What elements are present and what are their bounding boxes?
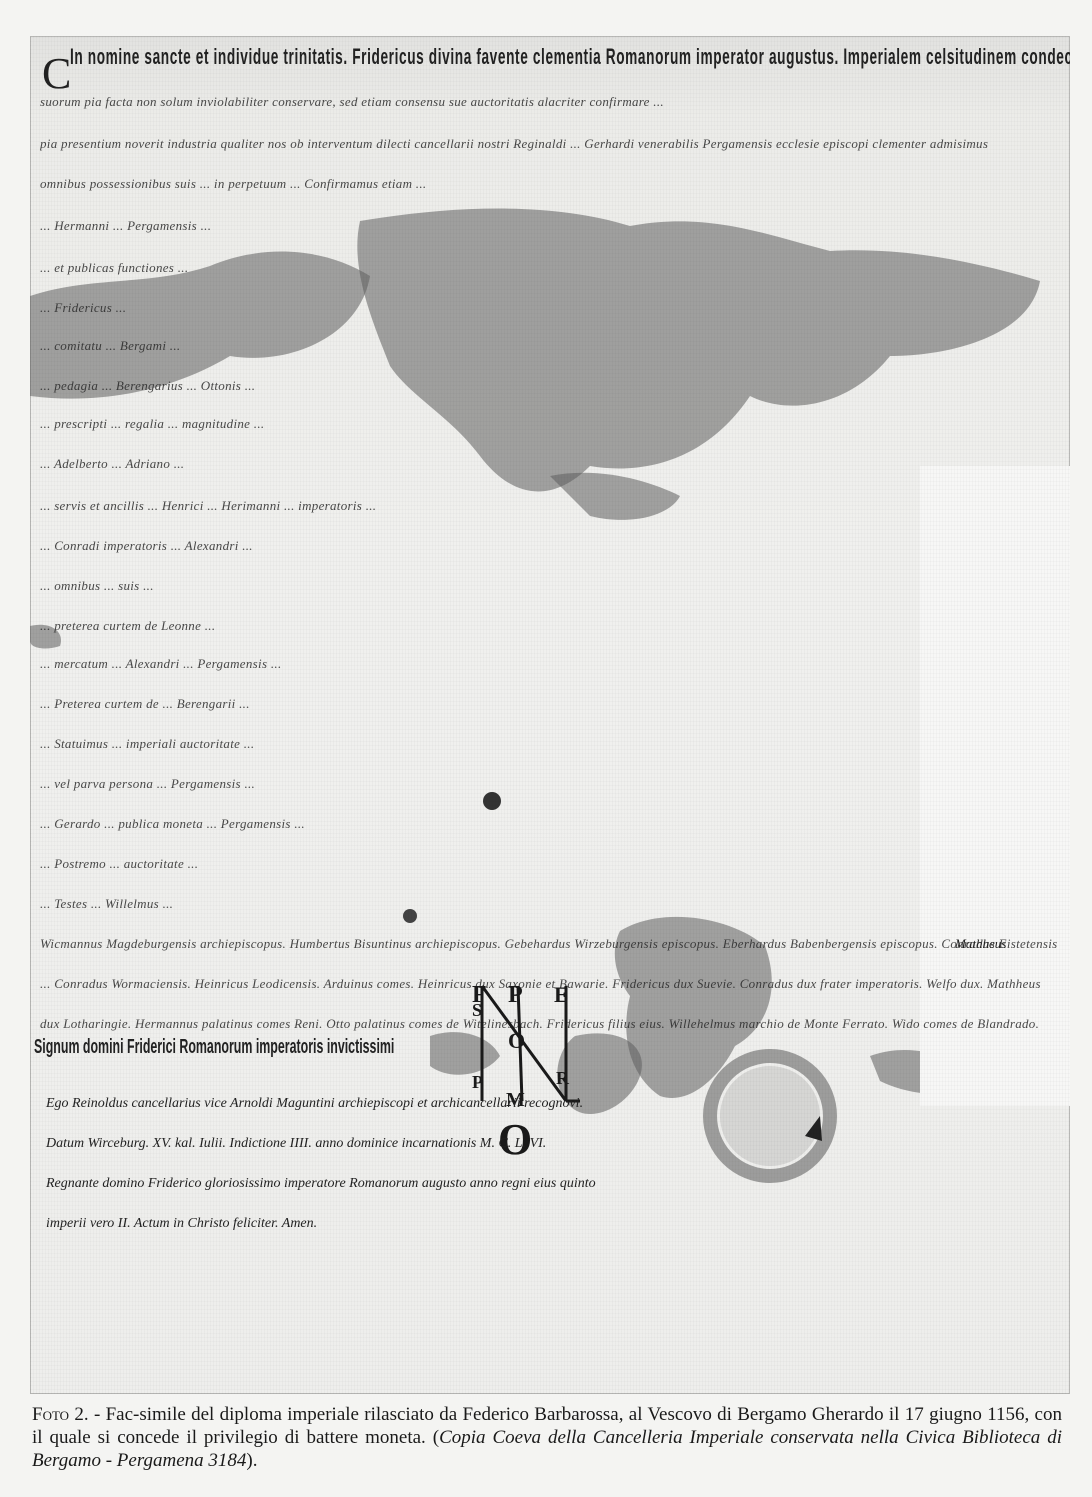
text-line: ... et publicas functiones ... [40, 260, 1060, 286]
text-line: ... prescripti ... regalia ... magnitudi… [40, 416, 1060, 442]
text-line: ... Hermanni ... Pergamensis ... [40, 218, 1060, 244]
text-line: ... omnibus ... suis ... [40, 578, 1060, 604]
text-line: ... Conradi imperatoris ... Alexandri ..… [40, 538, 1060, 564]
text-line: pia presentium noverit industria qualite… [40, 136, 1060, 162]
text-line: ... comitatu ... Bergami ... [40, 338, 1060, 364]
svg-text:O: O [508, 1028, 525, 1053]
imperial-signature-heading: Signum domini Friderici Romanorum impera… [34, 1036, 245, 1076]
text-line: ... servis et ancillis ... Henrici ... H… [40, 498, 1060, 524]
figure-caption: Foto 2. - Fac-simile del diploma imperia… [32, 1403, 1062, 1472]
initial-letter: C [42, 48, 71, 99]
svg-text:P: P [508, 982, 523, 1008]
actum-clause: imperii vero II. Actum in Christo felici… [46, 1216, 317, 1232]
text-line: ... Testes ... Willelmus ... [40, 896, 1060, 922]
text-line: ... Preterea curtem de ... Berengarii ..… [40, 696, 1060, 722]
text-line: ... Adelberto ... Adriano ... [40, 456, 1060, 482]
text-line: ... mercatum ... Alexandri ... Pergamens… [40, 656, 1060, 682]
regnal-clause: Regnante domino Friderico gloriosissimo … [46, 1176, 596, 1192]
svg-text:P: P [472, 1072, 483, 1092]
svg-text:E: E [554, 982, 569, 1007]
chancellor-recognition: Ego Reinoldus cancellarius vice Arnoldi … [46, 1096, 583, 1112]
dating-clause: Datum Wirceburg. XV. kal. Iulii. Indicti… [46, 1136, 546, 1152]
witness-list-line: Wicmannus Magdeburgensis archiepiscopus.… [40, 936, 1060, 962]
text-line: ... vel parva persona ... Pergamensis ..… [40, 776, 1060, 802]
svg-text:R: R [556, 1068, 570, 1088]
text-line: ... Postremo ... auctoritate ... [40, 856, 1060, 882]
svg-text:S: S [472, 1000, 482, 1020]
text-line: omnibus possessionibus suis ... in perpe… [40, 176, 1060, 202]
parchment-facsimile: C In nomine sancte et individue trinitat… [30, 36, 1070, 1394]
figure-label: Foto 2. [32, 1404, 89, 1425]
right-margin-name: Mathheus [955, 936, 1006, 952]
elongated-script-heading: In nomine sancte et individue trinitatis… [70, 44, 684, 94]
text-line: ... preterea curtem de Leonne ... [40, 618, 1060, 644]
text-line: ... Fridericus ... [40, 300, 1060, 326]
text-line: ... Statuimus ... imperiali auctoritate … [40, 736, 1060, 762]
caption-end: ). [246, 1450, 257, 1471]
text-line: ... Gerardo ... publica moneta ... Perga… [40, 816, 1060, 842]
text-line: suorum pia facta non solum inviolabilite… [40, 94, 1060, 120]
text-line: ... pedagia ... Berengarius ... Ottonis … [40, 378, 1060, 404]
